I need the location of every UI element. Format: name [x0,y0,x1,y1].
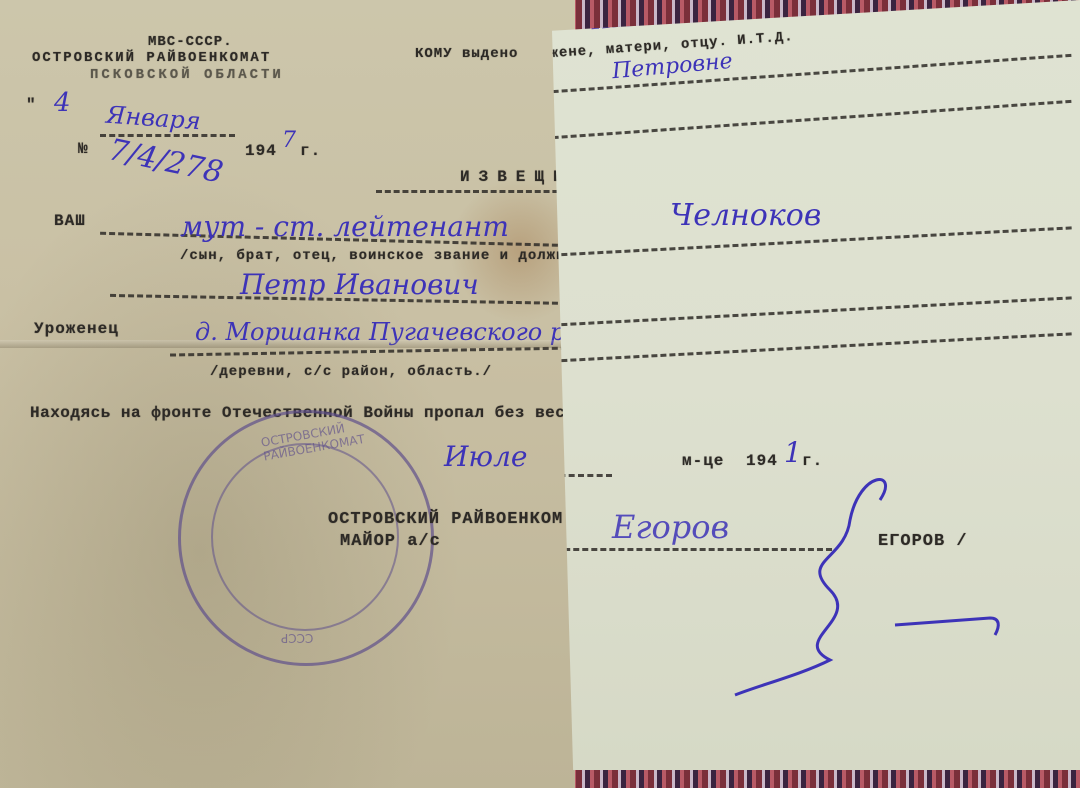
year-prefix: 194 [746,452,778,470]
number-value: 7/4/278 [106,132,226,190]
signature-scrawl: Егоров [612,508,729,546]
birthplace-hint: /деревни, с/с район, область./ [210,364,492,380]
year-handwritten: 1 [784,436,802,469]
recipient-line-2 [553,100,1072,139]
recipient-label: КОМУ выдено [415,46,518,62]
date-month: Января [105,101,201,136]
month-suffix: м-це [682,452,724,470]
surname-handwritten: Челноков [670,198,821,233]
name-line-right [552,296,1071,326]
name-handwritten: Петр Иванович [240,268,479,301]
your-label: ВАШ [54,212,86,230]
date-year-prefix: 194 [245,142,277,160]
rank-handwritten: мут - ст. лейтенант [180,210,509,243]
rank-hint: /сын, брат, отец, воинское звание и долж… [180,248,622,264]
birthplace-line [170,346,576,356]
year-end: г. [802,452,823,470]
title-underline [376,190,576,193]
signature-org-line-1: ОСТРОВСКИЙ РАЙВОЕНКОМ [328,510,563,529]
date-day: 4 [54,88,71,118]
date-year-end: г. [300,142,321,160]
native-label: Уроженец [34,320,119,338]
stamp-bottom-text: СССР [281,631,313,645]
date-quote: " [26,96,37,114]
org-line-1: МВС-СССР. [148,34,233,50]
date-year-suffix: 7 [282,128,296,153]
document-left-page: МВС-СССР. ОСТРОВСКИЙ РАЙВОЕНКОМАТ ПСКОВС… [0,0,575,788]
signature-org-line-2: МАЙОР а/с [340,532,441,551]
org-line-3: ПСКОВСКОЙ ОБЛАСТИ [90,67,284,83]
month-handwritten: Июле [444,440,527,473]
org-line-2: ОСТРОВСКИЙ РАЙВОЕНКОМАТ [32,50,271,66]
document-right-page: Жене Челнокова /жене, матери, отцу. И.Т.… [552,0,1080,770]
number-label: № [78,140,89,158]
birthplace-line-right [552,332,1071,362]
signature-typed-name: ЕГОРОВ / [878,532,968,551]
